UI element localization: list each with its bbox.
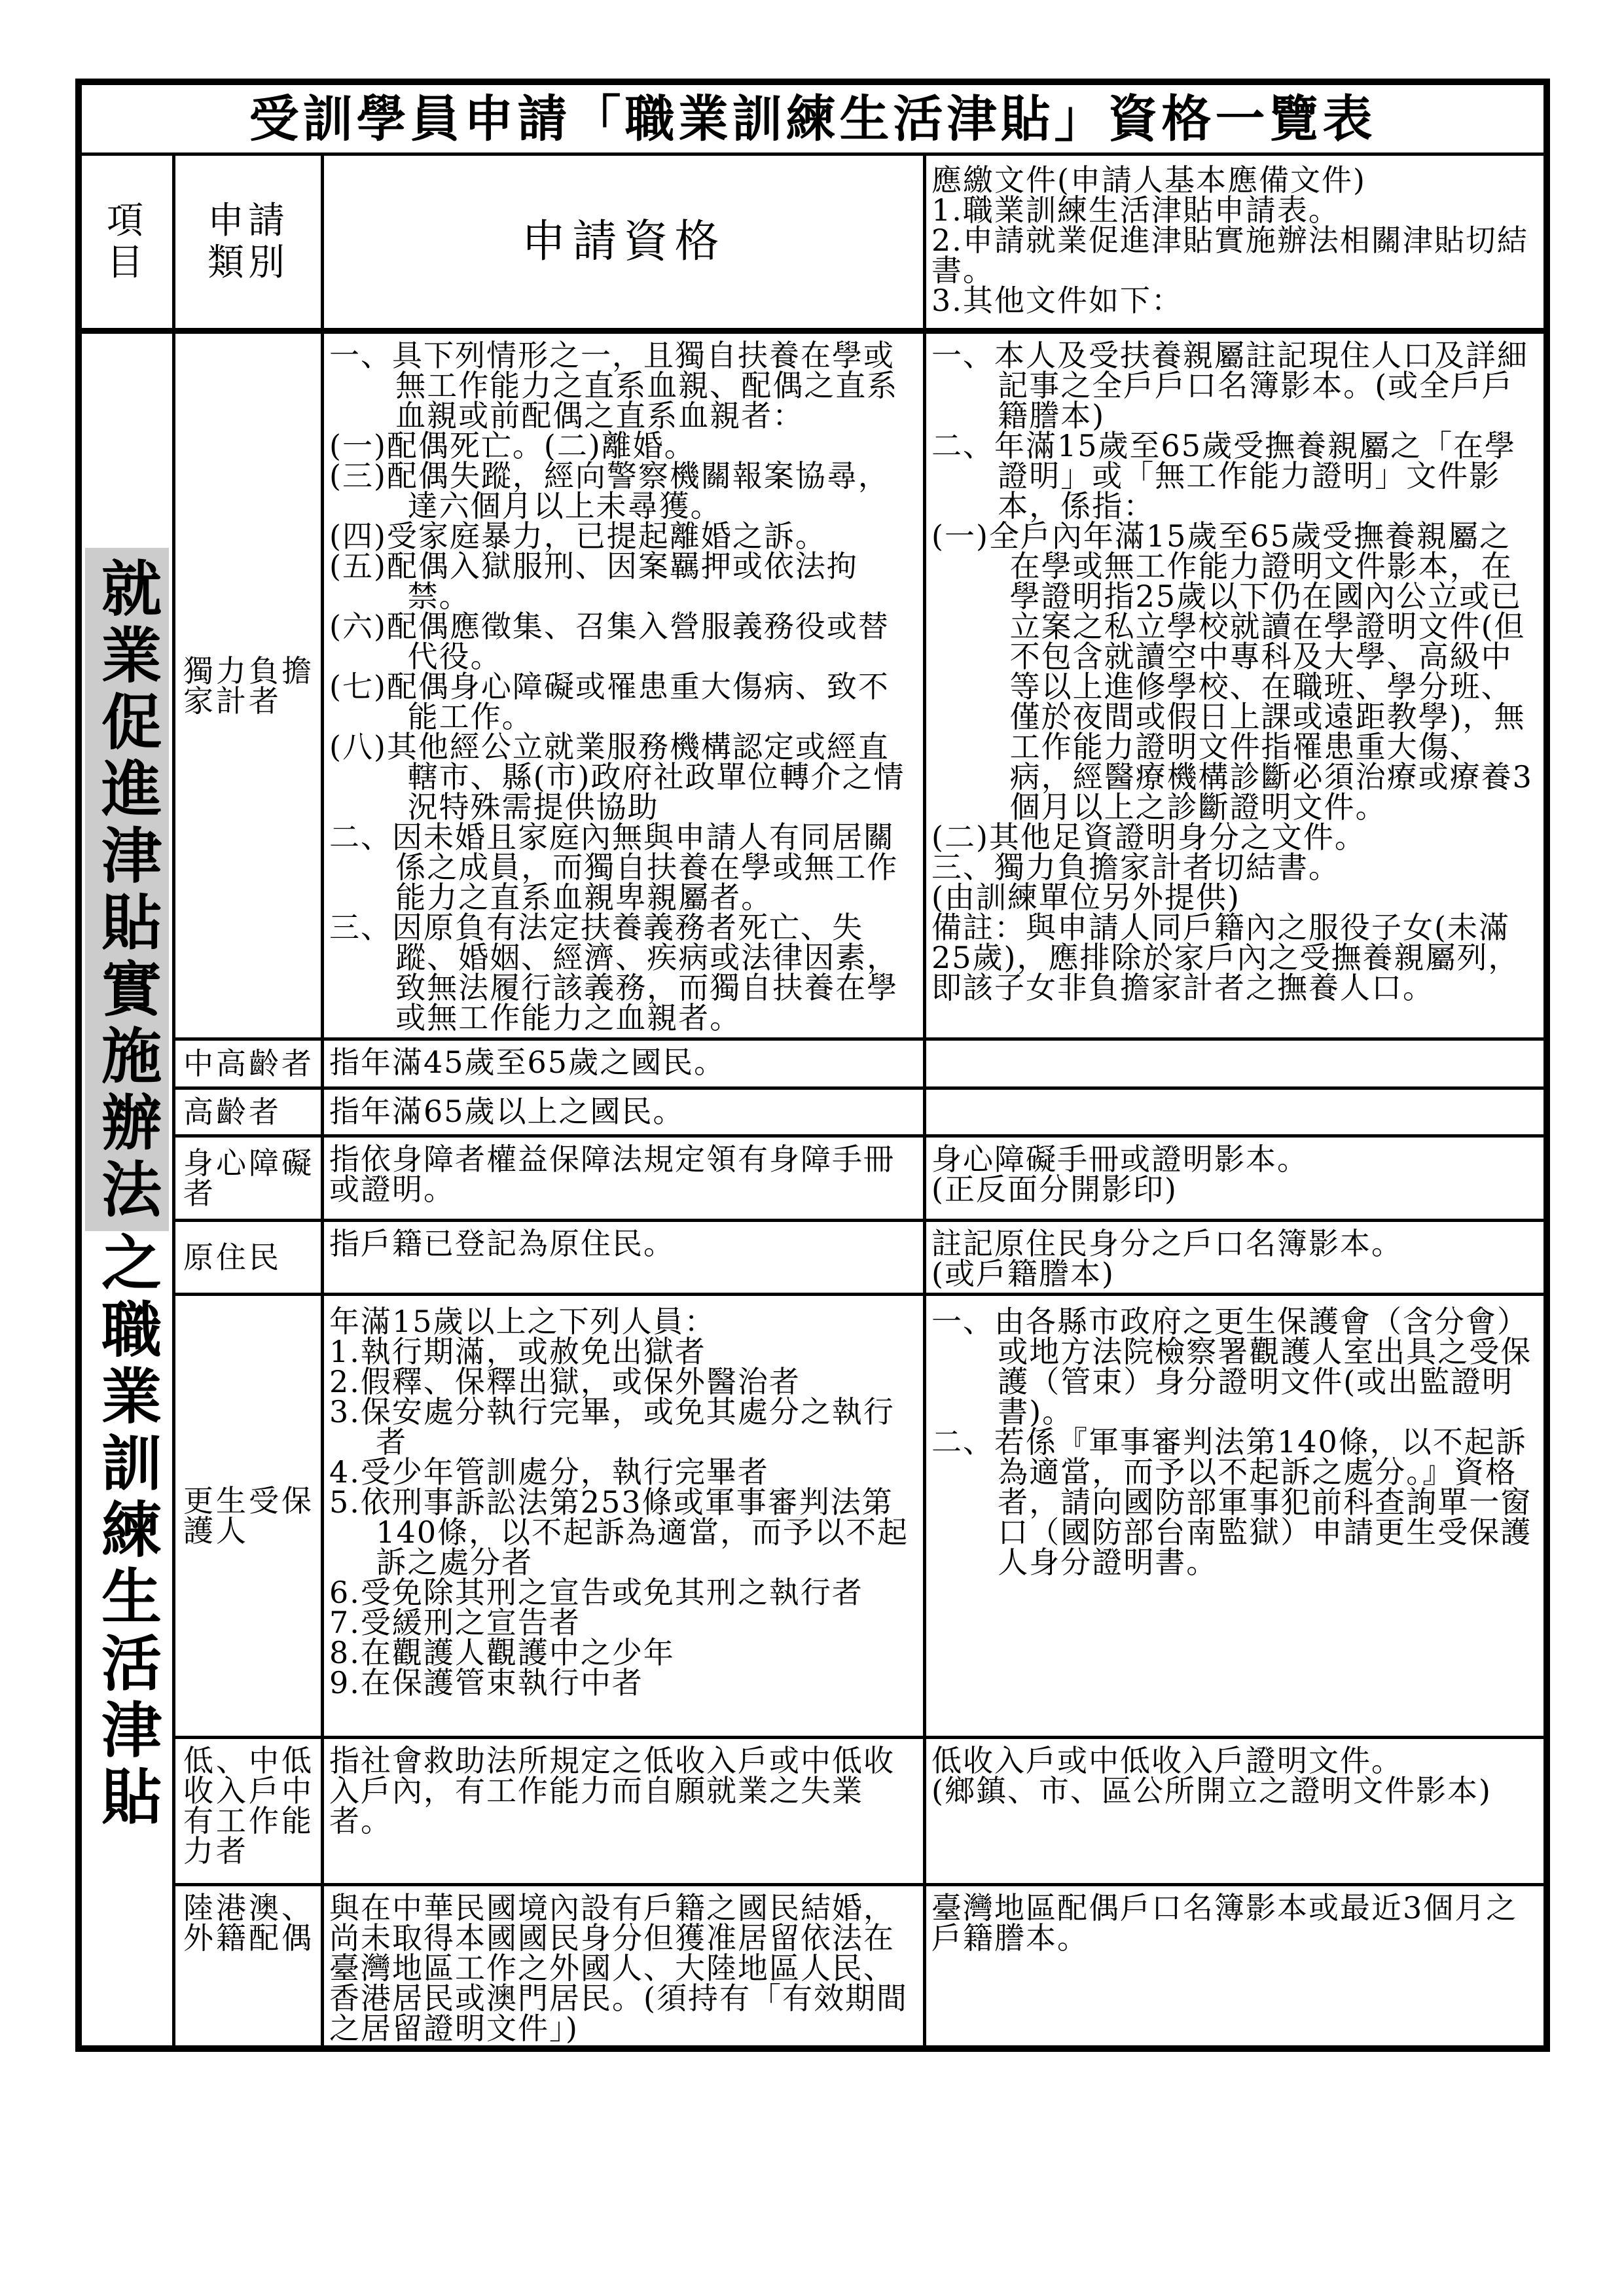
text-line: 三、獨力負擔家計者切結書。 [931,852,1538,882]
qualification-cell: 指依身障者權益保障法規定領有身障手冊或證明。 [324,1138,926,1222]
documents-cell: 一、由各縣市政府之更生保護會（含分會）或地方法院檢察署觀護人室出具之受保護（管束… [926,1296,1543,1739]
qualification-cell: 年滿15歲以上之下列人員： 1.執行期滿，或赦免出獄者 2.假釋、保釋出獄，或保… [324,1296,926,1739]
text-line: 一、本人及受扶養親屬註記現住人口及詳細記事之全戶戶口名簿影本。(或全戶戶籍謄本) [931,340,1538,431]
text-line: 註記原住民身分之戶口名簿影本。 [931,1229,1538,1259]
header-documents-line: 2.申請就業促進津貼實施辦法相關津貼切結書。 [931,225,1538,285]
text-line: 二、因未婚且家庭內無與申請人有同居關係之成員，而獨自扶養在學或無工作能力之直系血… [329,822,918,912]
text-line: (七)配偶身心障礙或罹患重大傷病、致不能工作。 [329,672,918,732]
header-category: 申請類別 [175,156,324,334]
header-documents: 應繳文件(申請人基本應備文件) 1.職業訓練生活津貼申請表。 2.申請就業促進津… [926,156,1543,334]
text-line: 與在中華民國境內設有戶籍之國民結婚，尚未取得本國國民身分但獲准居留依法在臺灣地區… [329,1893,918,2043]
text-line: (六)配偶應徵集、召集入營服義務役或替代役。 [329,611,918,672]
header-category-label: 申請類別 [204,200,293,284]
category-cell: 原住民 [175,1222,324,1296]
documents-cell: 臺灣地區配偶戶口名簿影本或最近3個月之戶籍謄本。 [926,1886,1543,2045]
header-documents-line: 3.其他文件如下： [931,285,1538,315]
text-line: (四)受家庭暴力，已提起離婚之訴。 [329,521,918,551]
text-line: (一)全戶內年滿15歲至65歲受撫養親屬之在學或無工作能力證明文件影本，在學證明… [931,521,1538,822]
category-cell: 身心障礙者 [175,1138,324,1222]
text-line: 二、若係『軍事審判法第140條，以不起訴為適當，而予以不起訴之處分。』資格者，請… [931,1427,1538,1577]
text-line: 4.受少年管訓處分，執行完畢者 [329,1457,918,1487]
text-line: 指年滿65歲以上之國民。 [329,1096,918,1126]
remark-line: 備註：與申請人同戶籍內之服役子女(未滿25歲)，應排除於家戶內之受撫養親屬列，即… [931,912,1538,1003]
text-line: 一、具下列情形之一，且獨自扶養在學或無工作能力之直系血親、配偶之直系血親或前配偶… [329,340,918,431]
text-line: 6.受免除其刑之宣告或免其刑之執行者 [329,1577,918,1607]
text-line: 臺灣地區配偶戶口名簿影本或最近3個月之戶籍謄本。 [931,1893,1538,1953]
text-line: 9.在保護管束執行中者 [329,1668,918,1698]
text-line: 指戶籍已登記為原住民。 [329,1229,918,1259]
header-qualification: 申請資格 [324,156,926,334]
qualification-cell: 一、具下列情形之一，且獨自扶養在學或無工作能力之直系血親、配偶之直系血親或前配偶… [324,334,926,1041]
text-line: 指依身障者權益保障法規定領有身障手冊或證明。 [329,1144,918,1204]
header-item-label: 項目 [107,200,147,284]
text-line: 身心障礙手冊或證明影本。 [931,1144,1538,1174]
header-documents-line: 應繳文件(申請人基本應備文件) [931,165,1538,195]
item-column-cell: 就業促進津貼實施辦法之職業訓練生活津貼 [82,334,175,2045]
page-title: 受訓學員申請「職業訓練生活津貼」資格一覽表 [82,85,1543,156]
text-line: 1.執行期滿，或赦免出獄者 [329,1336,918,1367]
documents-cell: 低收入戶或中低收入戶證明文件。 (鄉鎮、市、區公所開立之證明文件影本) [926,1739,1543,1886]
text-line: 二、年滿15歲至65歲受撫養親屬之「在學證明」或「無工作能力證明」文件影本，係指… [931,431,1538,521]
category-cell: 高齡者 [175,1090,324,1138]
text-line: 指年滿45歲至65歲之國民。 [329,1047,918,1077]
text-line: 3.保安處分執行完畢，或免其處分之執行者 [329,1397,918,1457]
text-line: (二)其他足資證明身分之文件。 [931,822,1538,852]
documents-cell: 一、本人及受扶養親屬註記現住人口及詳細記事之全戶戶口名簿影本。(或全戶戶籍謄本)… [926,334,1543,1041]
category-cell: 更生受保護人 [175,1296,324,1739]
category-cell: 低、中低收入戶中有工作能力者 [175,1739,324,1886]
qualification-cell: 與在中華民國境內設有戶籍之國民結婚，尚未取得本國國民身分但獲准居留依法在臺灣地區… [324,1886,926,2045]
qualification-cell: 指社會救助法所規定之低收入戶或中低收入戶內，有工作能力而自願就業之失業者。 [324,1739,926,1886]
category-cell: 中高齡者 [175,1041,324,1090]
documents-cell [926,1041,1543,1090]
category-cell: 獨力負擔家計者 [175,334,324,1041]
text-line: 指社會救助法所規定之低收入戶或中低收入戶內，有工作能力而自願就業之失業者。 [329,1746,918,1836]
eligibility-table: 受訓學員申請「職業訓練生活津貼」資格一覽表 項目 申請類別 申請資格 應繳文件(… [75,79,1550,2052]
documents-cell [926,1090,1543,1138]
documents-cell: 身心障礙手冊或證明影本。 (正反面分開影印) [926,1138,1543,1222]
item-column-vertical-text: 就業促進津貼實施辦法之職業訓練生活津貼 [97,548,157,1832]
item-rest-text: 之職業訓練生活津貼 [92,1231,162,1832]
qualification-cell: 指戶籍已登記為原住民。 [324,1222,926,1296]
text-line: (由訓練單位另外提供) [931,882,1538,912]
category-cell: 陸港澳、外籍配偶 [175,1886,324,2045]
text-line: (鄉鎮、市、區公所開立之證明文件影本) [931,1776,1538,1806]
text-line: (三)配偶失蹤，經向警察機關報案協尋，達六個月以上未尋獲。 [329,461,918,521]
text-line: 5.依刑事訴訟法第253條或軍事審判法第140條，以不起訴為適當，而予以不起訴之… [329,1487,918,1577]
text-line: 低收入戶或中低收入戶證明文件。 [931,1746,1538,1776]
qualification-cell: 指年滿45歲至65歲之國民。 [324,1041,926,1090]
text-line: 2.假釋、保釋出獄，或保外醫治者 [329,1367,918,1397]
header-documents-line: 1.職業訓練生活津貼申請表。 [931,195,1538,225]
text-line: 8.在觀護人觀護中之少年 [329,1638,918,1668]
text-line: (五)配偶入獄服刑、因案羈押或依法拘禁。 [329,551,918,611]
documents-cell: 註記原住民身分之戶口名簿影本。 (或戶籍謄本) [926,1222,1543,1296]
document-page: 受訓學員申請「職業訓練生活津貼」資格一覽表 項目 申請類別 申請資格 應繳文件(… [0,0,1624,2296]
text-line: (一)配偶死亡。(二)離婚。 [329,431,918,461]
text-line: (正反面分開影印) [931,1174,1538,1204]
text-line: (八)其他經公立就業服務機構認定或經直轄市、縣(市)政府社政單位轉介之情況特殊需… [329,732,918,822]
header-item: 項目 [82,156,175,334]
qualification-cell: 指年滿65歲以上之國民。 [324,1090,926,1138]
item-highlighted-text: 就業促進津貼實施辦法 [85,548,169,1231]
text-line: 三、因原負有法定扶養義務者死亡、失蹤、婚姻、經濟、疾病或法律因素，致無法履行該義… [329,912,918,1033]
text-line: (或戶籍謄本) [931,1259,1538,1289]
text-line: 一、由各縣市政府之更生保護會（含分會）或地方法院檢察署觀護人室出具之受保護（管束… [931,1306,1538,1427]
text-line: 7.受緩刑之宣告者 [329,1607,918,1638]
text-line: 年滿15歲以上之下列人員： [329,1306,918,1336]
